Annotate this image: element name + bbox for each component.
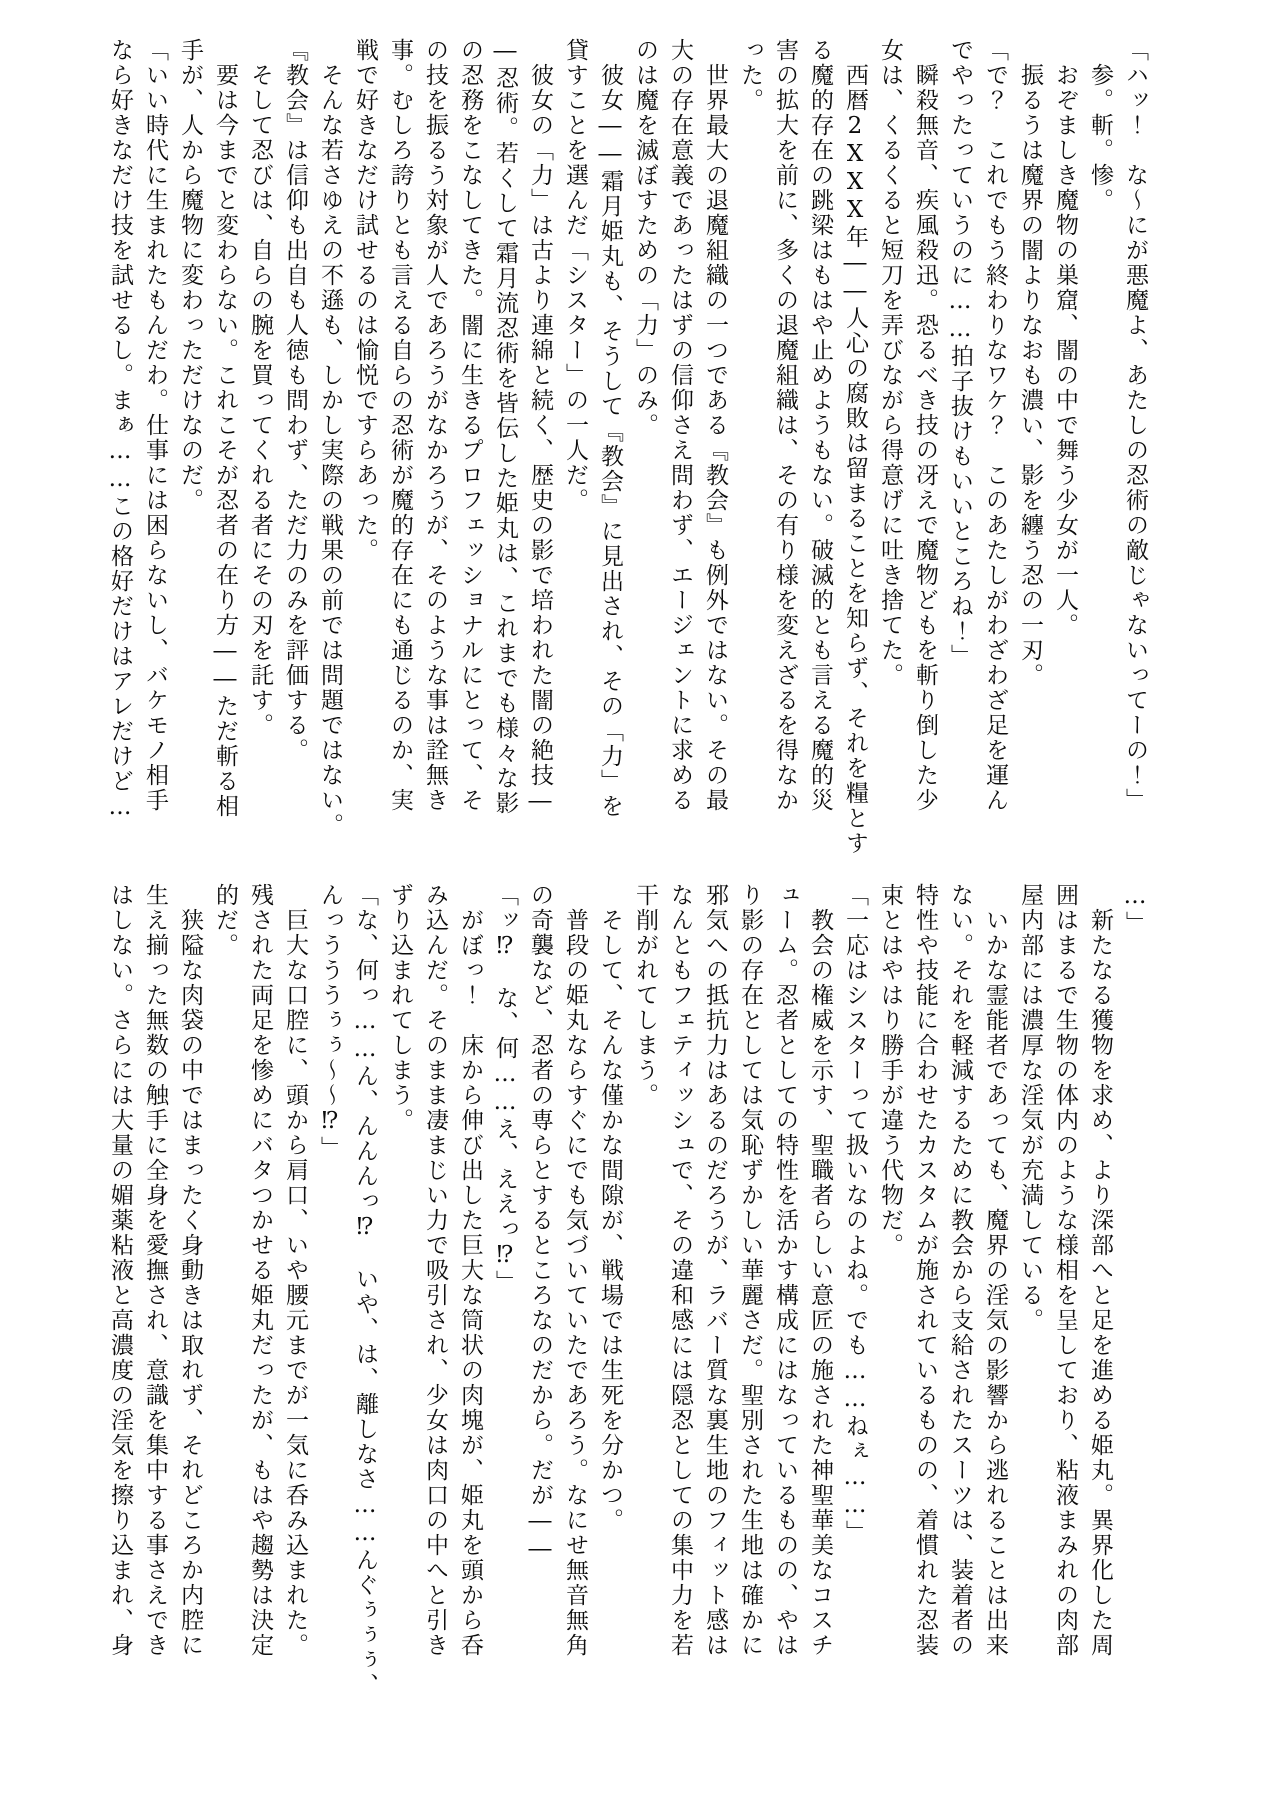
novel-page: 「ハッ！ な〜にが悪魔よ、あたしの忍術の敵じゃないってーの！」 参。斬。惨。 お… (0, 0, 1280, 1809)
lower-text-block: …」 新たなる獲物を求め、より深部へと足を進める姫丸。異界化した周 囲はまるで生… (102, 883, 1152, 1703)
upper-text-block: 「ハッ！ な〜にが悪魔よ、あたしの忍術の敵じゃないってーの！」 参。斬。惨。 お… (102, 38, 1152, 848)
